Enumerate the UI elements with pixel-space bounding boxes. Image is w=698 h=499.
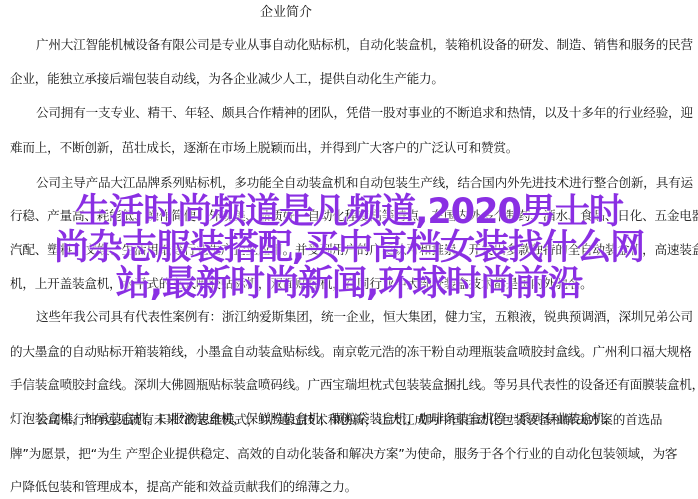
page-title: 企业简介 — [0, 4, 572, 21]
paragraph-3-line-1: 公司主导产品大江品牌系列贴标机，多功能全自动装盒机和自动包装生产线，结合国内外先… — [36, 174, 698, 191]
paragraph-5-line-1: 公司奉行“有远见就有未来”的思维模式，以“通过技术和创新，让大江成为中国自动化包… — [36, 411, 698, 428]
overlay-line-1: 生活时尚频道是凡频道,2020男士时 — [14, 194, 684, 230]
watermark-overlay-headline: 生活时尚频道是凡频道,2020男士时 尚杂志服装搭配,买中高档女装找什么网 站,… — [14, 194, 684, 302]
paragraph-1-line-1: 广州大江智能机械设备有限公司是专业从事自动化贴标机，自动化装盒机，装箱机设备的研… — [36, 36, 698, 53]
overlay-line-2: 尚杂志服装搭配,买中高档女装找什么网 — [14, 230, 684, 266]
paragraph-5-line-2: 牌”为愿景，把“为生 产型企业提供稳定、高效的自动化装备和解决方案”为使命，服务… — [10, 445, 690, 462]
paragraph-4-line-3: 手信装盒喷胶封盒线。深圳大佛圆瓶贴标装盒喷码线。广西宝瑞坦枕式包装装盒捆扎线。等… — [10, 376, 690, 393]
paragraph-4-line-1: 这些年我公司具有代表性案例有：浙江纳爱斯集团，统一企业，恒大集团，健力宝，五粮液… — [36, 308, 698, 325]
paragraph-1-line-2: 企业，能独立承接后端包装自动线，为各企业减少人工，提供自动化生产能力。 — [10, 70, 690, 87]
paragraph-4-line-2: 的大墨盒的自动贴标开箱装箱线，小墨盒自动装盒贴标线。南京乾元浩的冻干粉自动理瓶装… — [10, 343, 690, 360]
paragraph-2-line-2: 难而上，不断创新，茁壮成长，逐渐在市场上脱颖而出，并得到广大客户的广泛认可和赞赏… — [10, 139, 690, 156]
paragraph-2-line-1: 公司拥有一支专业、精干、年轻、颇具合作精神的团队，凭借一股对事业的不断追求和热情… — [36, 104, 698, 121]
overlay-line-3: 站,最新时尚新闻,环球时尚前沿 — [14, 266, 684, 302]
paragraph-5-line-3: 户降低包装和管理成本，提高产能和效益贡献我们的绵薄之力。 — [10, 478, 690, 495]
